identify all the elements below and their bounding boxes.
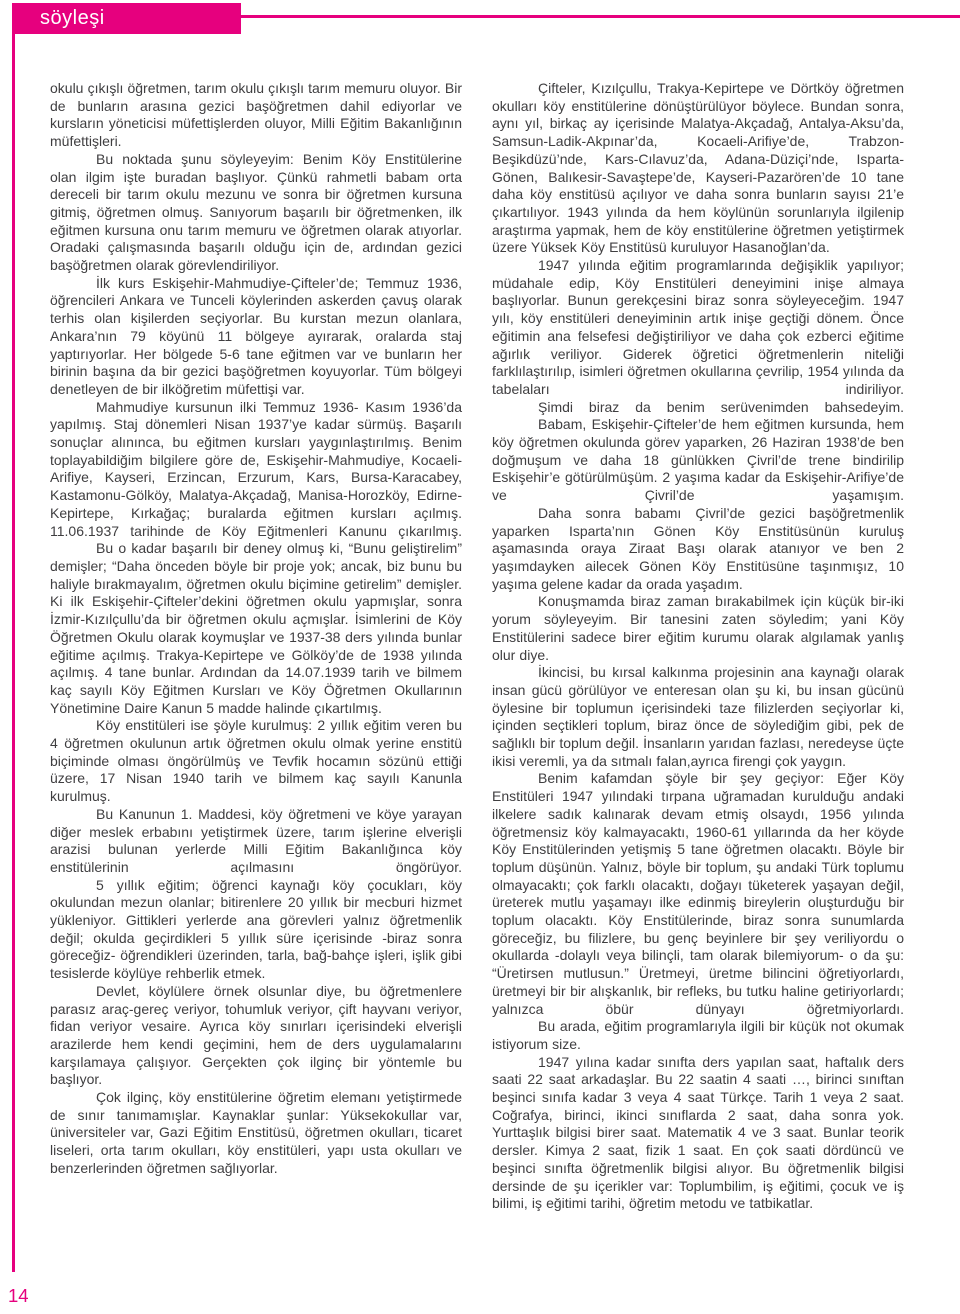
- paragraph: Bu Kanunun 1. Maddesi, köy öğretmeni ve …: [50, 806, 462, 877]
- paragraph: Bu o kadar başarılı bir deney olmuş ki, …: [50, 540, 462, 717]
- section-tag: söyleşi: [12, 3, 241, 34]
- accent-rule-vertical: [12, 34, 15, 1272]
- paragraph: 5 yıllık eğitim; öğrenci kaynağı köy çoc…: [50, 877, 462, 983]
- paragraph: Mahmudiye kursunun ilki Temmuz 1936- Kas…: [50, 399, 462, 541]
- paragraph: Babam, Eskişehir-Çifteler’de hem eğitmen…: [492, 416, 904, 505]
- paragraph: Çifteler, Kızılçullu, Trakya-Kepirtepe v…: [492, 80, 904, 257]
- section-tag-label: söyleşi: [12, 3, 241, 34]
- paragraph: 1947 yılında eğitim programlarında değiş…: [492, 257, 904, 399]
- accent-rule-horizontal: [241, 15, 960, 18]
- paragraph: Benim kafamdan şöyle bir şey geçiyor: Eğ…: [492, 770, 904, 1018]
- paragraph: okulu çıkışlı öğretmen, tarım okulu çıkı…: [50, 80, 462, 151]
- paragraph: İkincisi, bu kırsal kalkınma projesinin …: [492, 664, 904, 770]
- paragraph: Bu noktada şunu söyleyeyim: Benim Köy En…: [50, 151, 462, 275]
- left-column: okulu çıkışlı öğretmen, tarım okulu çıkı…: [50, 80, 462, 1213]
- paragraph: Köy enstitüleri ise şöyle kurulmuş: 2 yı…: [50, 717, 462, 806]
- paragraph: 1947 yılına kadar sınıfta ders yapılan s…: [492, 1054, 904, 1213]
- paragraph: Şimdi biraz da benim serüvenimden bahsed…: [492, 399, 904, 417]
- paragraph: Çok ilginç, köy enstitülerine öğretim el…: [50, 1089, 462, 1178]
- article-columns: okulu çıkışlı öğretmen, tarım okulu çıkı…: [50, 80, 904, 1213]
- paragraph: Konuşmamda biraz zaman bırakabilmek için…: [492, 593, 904, 664]
- right-column: Çifteler, Kızılçullu, Trakya-Kepirtepe v…: [492, 80, 904, 1213]
- page-number: 14: [8, 1285, 29, 1307]
- paragraph: İlk kurs Eskişehir-Mahmudiye-Çifteler’de…: [50, 275, 462, 399]
- paragraph: Daha sonra babamı Çivril’de gezici başöğ…: [492, 505, 904, 594]
- paragraph: Bu arada, eğitim programlarıyla ilgili b…: [492, 1018, 904, 1053]
- magazine-page: söyleşi okulu çıkışlı öğretmen, tarım ok…: [0, 0, 960, 1314]
- paragraph: Devlet, köylülere örnek olsunlar diye, b…: [50, 983, 462, 1089]
